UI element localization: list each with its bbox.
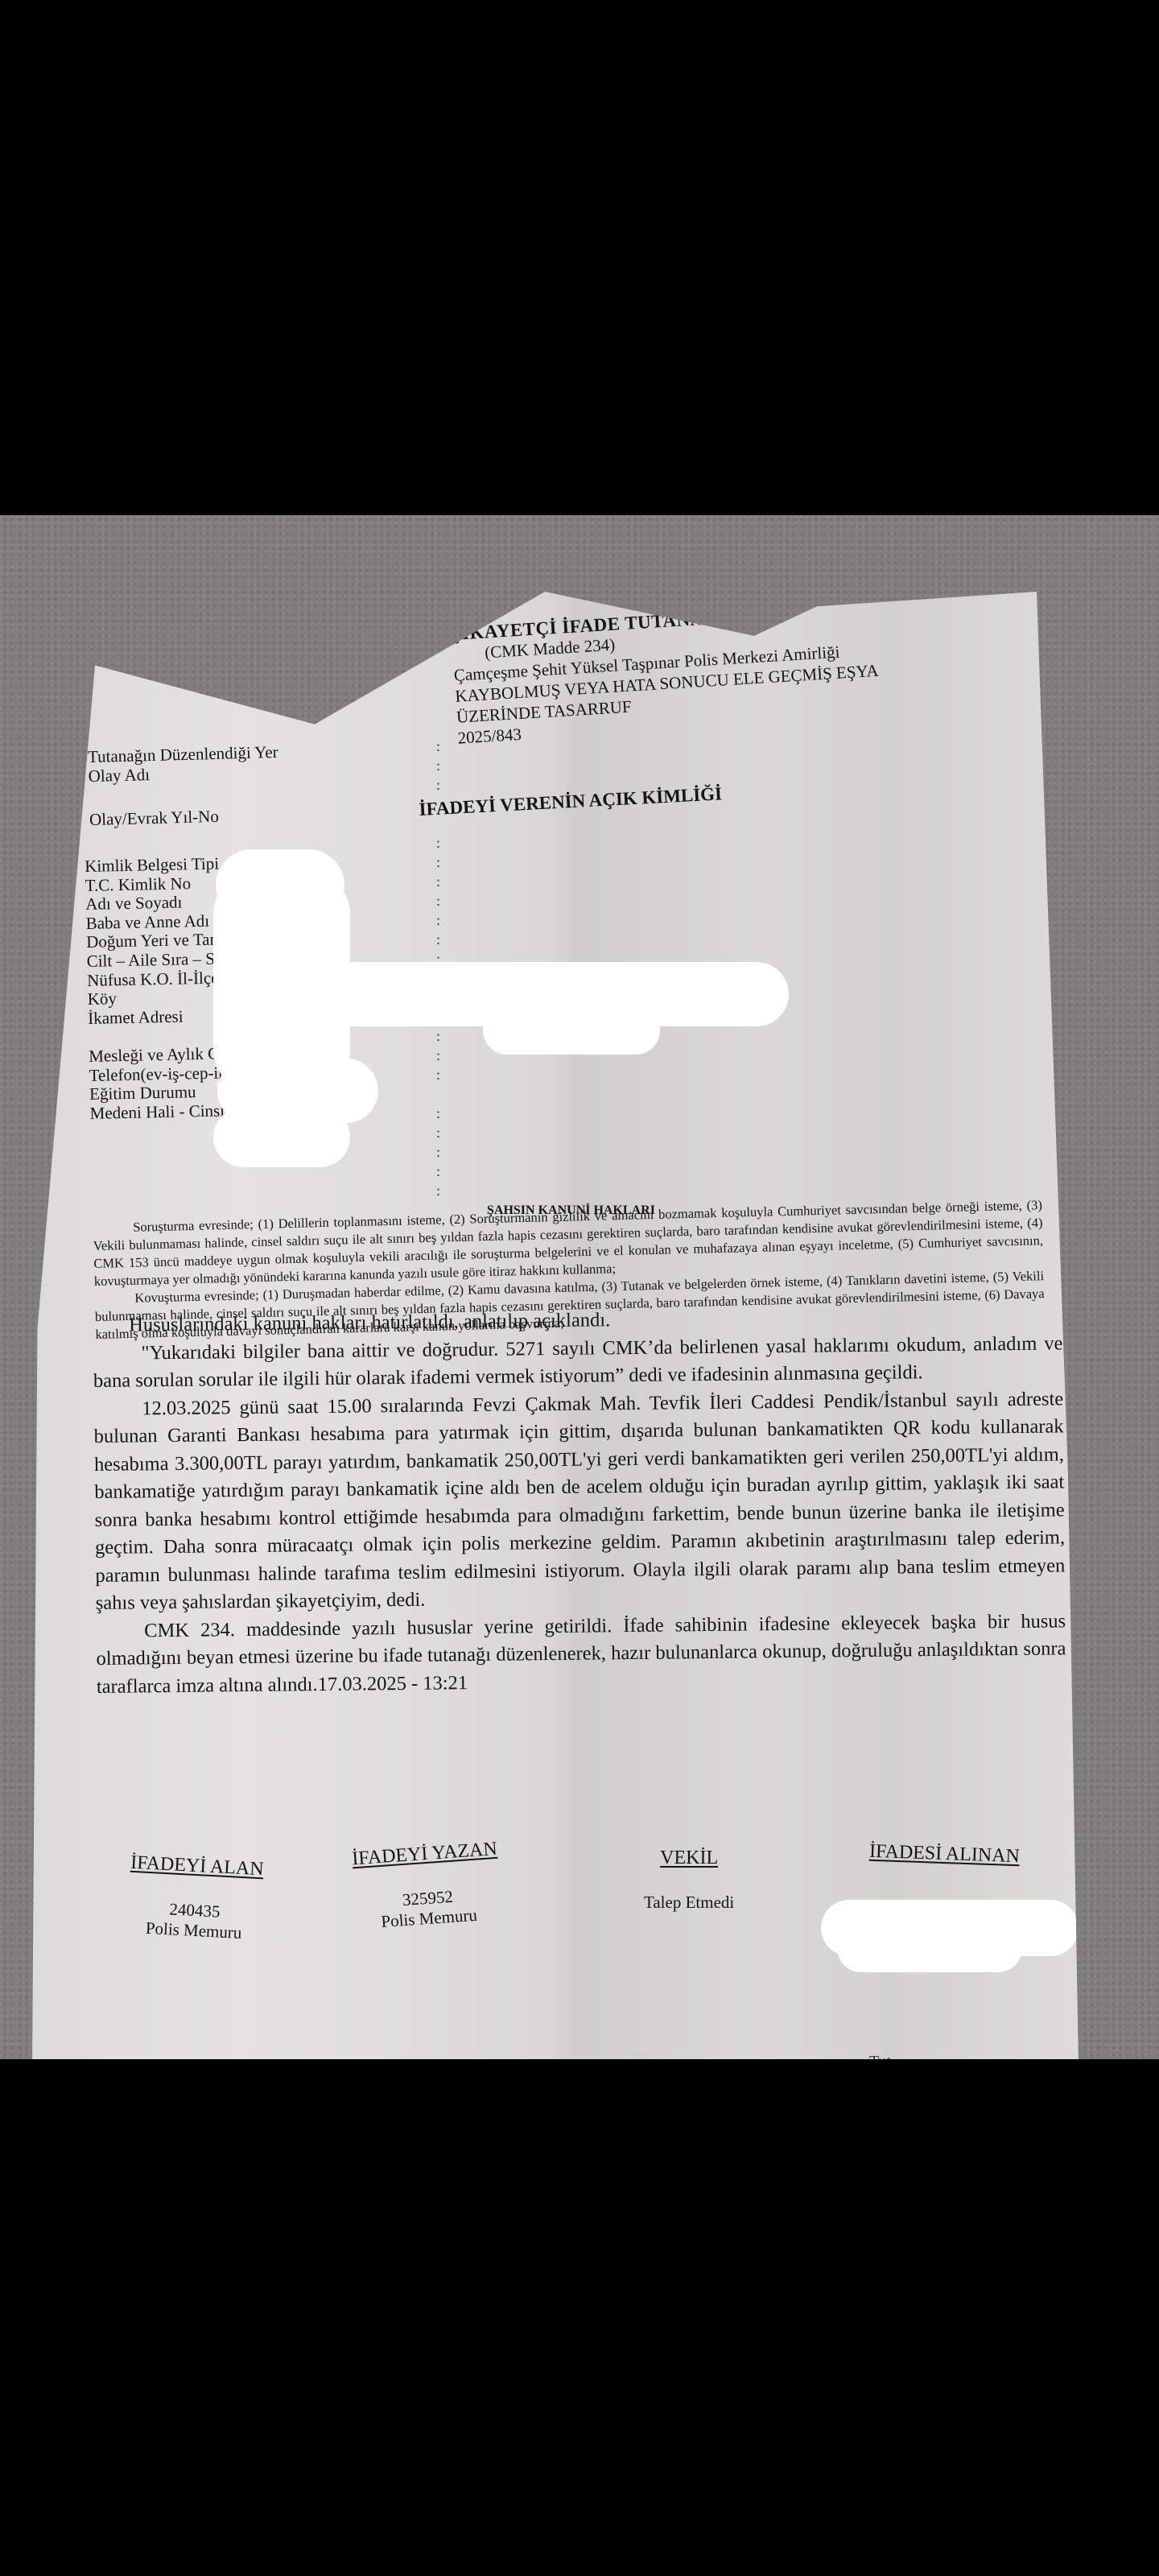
signature-block-attorney: VEKİL Talep Etmedi [644,1847,734,1913]
redaction-mark [837,1924,1022,1972]
signature-heading: İFADEYİ YAZAN [352,1839,498,1871]
statement-paper: OLY35659509 ŞİKAYETÇİ İFADE TUTANAĞI (CM… [32,592,1079,2059]
signature-status: Talep Etmedi [644,1892,734,1913]
document-photo: OLY35659509 ŞİKAYETÇİ İFADE TUTANAĞI (CM… [0,515,1159,2059]
signature-block-complainant: İFADESİ ALINAN [869,1841,1021,1868]
signature-heading: İFADESİ ALINAN [869,1841,1021,1868]
redaction-mark [213,1107,350,1167]
statement-body: Hususlarındaki kanuni hakları hatırlatıl… [93,1302,1066,1701]
identity-heading: İFADEYİ VERENİN AÇIK KİMLİĞİ [419,783,723,820]
redaction-mark [483,1006,660,1055]
field-label-event: Olay Adı [88,762,278,786]
signature-heading: İFADEYİ ALAN [130,1852,264,1881]
signature-heading: VEKİL [644,1847,734,1869]
statement-narrative: 12.03.2025 günü saat 15.00 sıralarında F… [93,1385,1066,1618]
signature-block-taker: İFADEYİ ALAN 240435 Polis Memuru [126,1852,264,1945]
signature-block-writer: İFADEYİ YAZAN 325952 Polis Memuru [352,1839,503,1934]
field-label-file-no: Olay/Evrak Yıl-No [89,805,280,829]
header-labels: Tutanağın Düzenlendiği Yer Olay Adı Olay… [88,742,280,829]
document-id: OLY35659509 [181,672,281,690]
closing-paragraph: CMK 234. maddesinde yazılı hususlar yeri… [96,1608,1066,1701]
declaration: "Yukarıdaki bilgiler bana aittir ve doğr… [93,1330,1063,1396]
header-block: ŞİKAYETÇİ İFADE TUTANAĞI (CMK Madde 234)… [451,597,908,749]
partial-next-page-text: Tut... [869,2053,903,2059]
